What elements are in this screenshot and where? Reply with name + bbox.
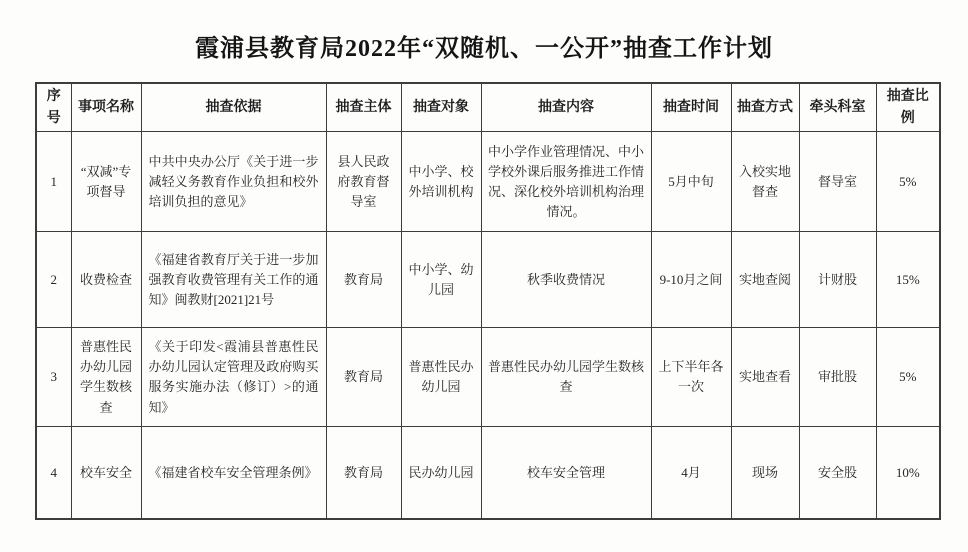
table-row: 4 校车安全 《福建省校车安全管理条例》 教育局 民办幼儿园 校车安全管理 4月…	[36, 427, 940, 519]
cell-content: 校车安全管理	[481, 427, 651, 519]
table-header-row: 序号 事项名称 抽查依据 抽查主体 抽查对象 抽查内容 抽查时间 抽查方式 牵头…	[36, 83, 940, 132]
cell-lead-dept: 督导室	[799, 132, 876, 232]
cell-time: 上下半年各一次	[651, 328, 731, 427]
cell-method: 入校实地督查	[731, 132, 799, 232]
table-row: 3 普惠性民办幼儿园学生数核查 《关于印发<霞浦县普惠性民办幼儿园认定管理及政府…	[36, 328, 940, 427]
cell-subject: 教育局	[326, 232, 401, 328]
cell-ratio: 5%	[876, 132, 940, 232]
cell-serial: 1	[36, 132, 71, 232]
column-header-method: 抽查方式	[731, 83, 799, 132]
cell-basis: 《关于印发<霞浦县普惠性民办幼儿园认定管理及政府购买服务实施办法（修订）>的通知…	[141, 328, 326, 427]
table-row: 1 “双减”专项督导 中共中央办公厅《关于进一步减轻义务教育作业负担和校外培训负…	[36, 132, 940, 232]
cell-target: 中小学、幼儿园	[401, 232, 481, 328]
cell-target: 普惠性民办幼儿园	[401, 328, 481, 427]
cell-subject: 教育局	[326, 427, 401, 519]
cell-target: 民办幼儿园	[401, 427, 481, 519]
cell-subject: 教育局	[326, 328, 401, 427]
cell-time: 5月中旬	[651, 132, 731, 232]
column-header-serial: 序号	[36, 83, 71, 132]
column-header-basis: 抽查依据	[141, 83, 326, 132]
cell-target: 中小学、校外培训机构	[401, 132, 481, 232]
cell-basis: 中共中央办公厅《关于进一步减轻义务教育作业负担和校外培训负担的意见》	[141, 132, 326, 232]
column-header-time: 抽查时间	[651, 83, 731, 132]
scanned-document-page: 霞浦县教育局2022年“双随机、一公开”抽查工作计划 序号 事项名称 抽查依据 …	[0, 0, 968, 552]
cell-content: 秋季收费情况	[481, 232, 651, 328]
cell-item-name: 收费检查	[71, 232, 141, 328]
table-row: 2 收费检查 《福建省教育厅关于进一步加强教育收费管理有关工作的通知》闽教财[2…	[36, 232, 940, 328]
cell-time: 4月	[651, 427, 731, 519]
cell-serial: 2	[36, 232, 71, 328]
cell-lead-dept: 安全股	[799, 427, 876, 519]
cell-item-name: 普惠性民办幼儿园学生数核查	[71, 328, 141, 427]
cell-subject: 县人民政府教育督导室	[326, 132, 401, 232]
cell-method: 实地查阅	[731, 232, 799, 328]
cell-item-name: “双减”专项督导	[71, 132, 141, 232]
cell-content: 普惠性民办幼儿园学生数核查	[481, 328, 651, 427]
column-header-subject: 抽查主体	[326, 83, 401, 132]
cell-serial: 4	[36, 427, 71, 519]
cell-method: 现场	[731, 427, 799, 519]
cell-content: 中小学作业管理情况、中小学校外课后服务推进工作情况、深化校外培训机构治理情况。	[481, 132, 651, 232]
column-header-content: 抽查内容	[481, 83, 651, 132]
column-header-ratio: 抽查比例	[876, 83, 940, 132]
cell-lead-dept: 计财股	[799, 232, 876, 328]
column-header-item-name: 事项名称	[71, 83, 141, 132]
cell-ratio: 15%	[876, 232, 940, 328]
column-header-target: 抽查对象	[401, 83, 481, 132]
cell-basis: 《福建省校车安全管理条例》	[141, 427, 326, 519]
cell-ratio: 10%	[876, 427, 940, 519]
cell-basis: 《福建省教育厅关于进一步加强教育收费管理有关工作的通知》闽教财[2021]21号	[141, 232, 326, 328]
cell-lead-dept: 审批股	[799, 328, 876, 427]
cell-method: 实地查看	[731, 328, 799, 427]
inspection-plan-table: 序号 事项名称 抽查依据 抽查主体 抽查对象 抽查内容 抽查时间 抽查方式 牵头…	[35, 82, 941, 520]
cell-ratio: 5%	[876, 328, 940, 427]
cell-time: 9-10月之间	[651, 232, 731, 328]
document-title: 霞浦县教育局2022年“双随机、一公开”抽查工作计划	[0, 28, 968, 63]
column-header-lead-dept: 牵头科室	[799, 83, 876, 132]
cell-item-name: 校车安全	[71, 427, 141, 519]
cell-serial: 3	[36, 328, 71, 427]
